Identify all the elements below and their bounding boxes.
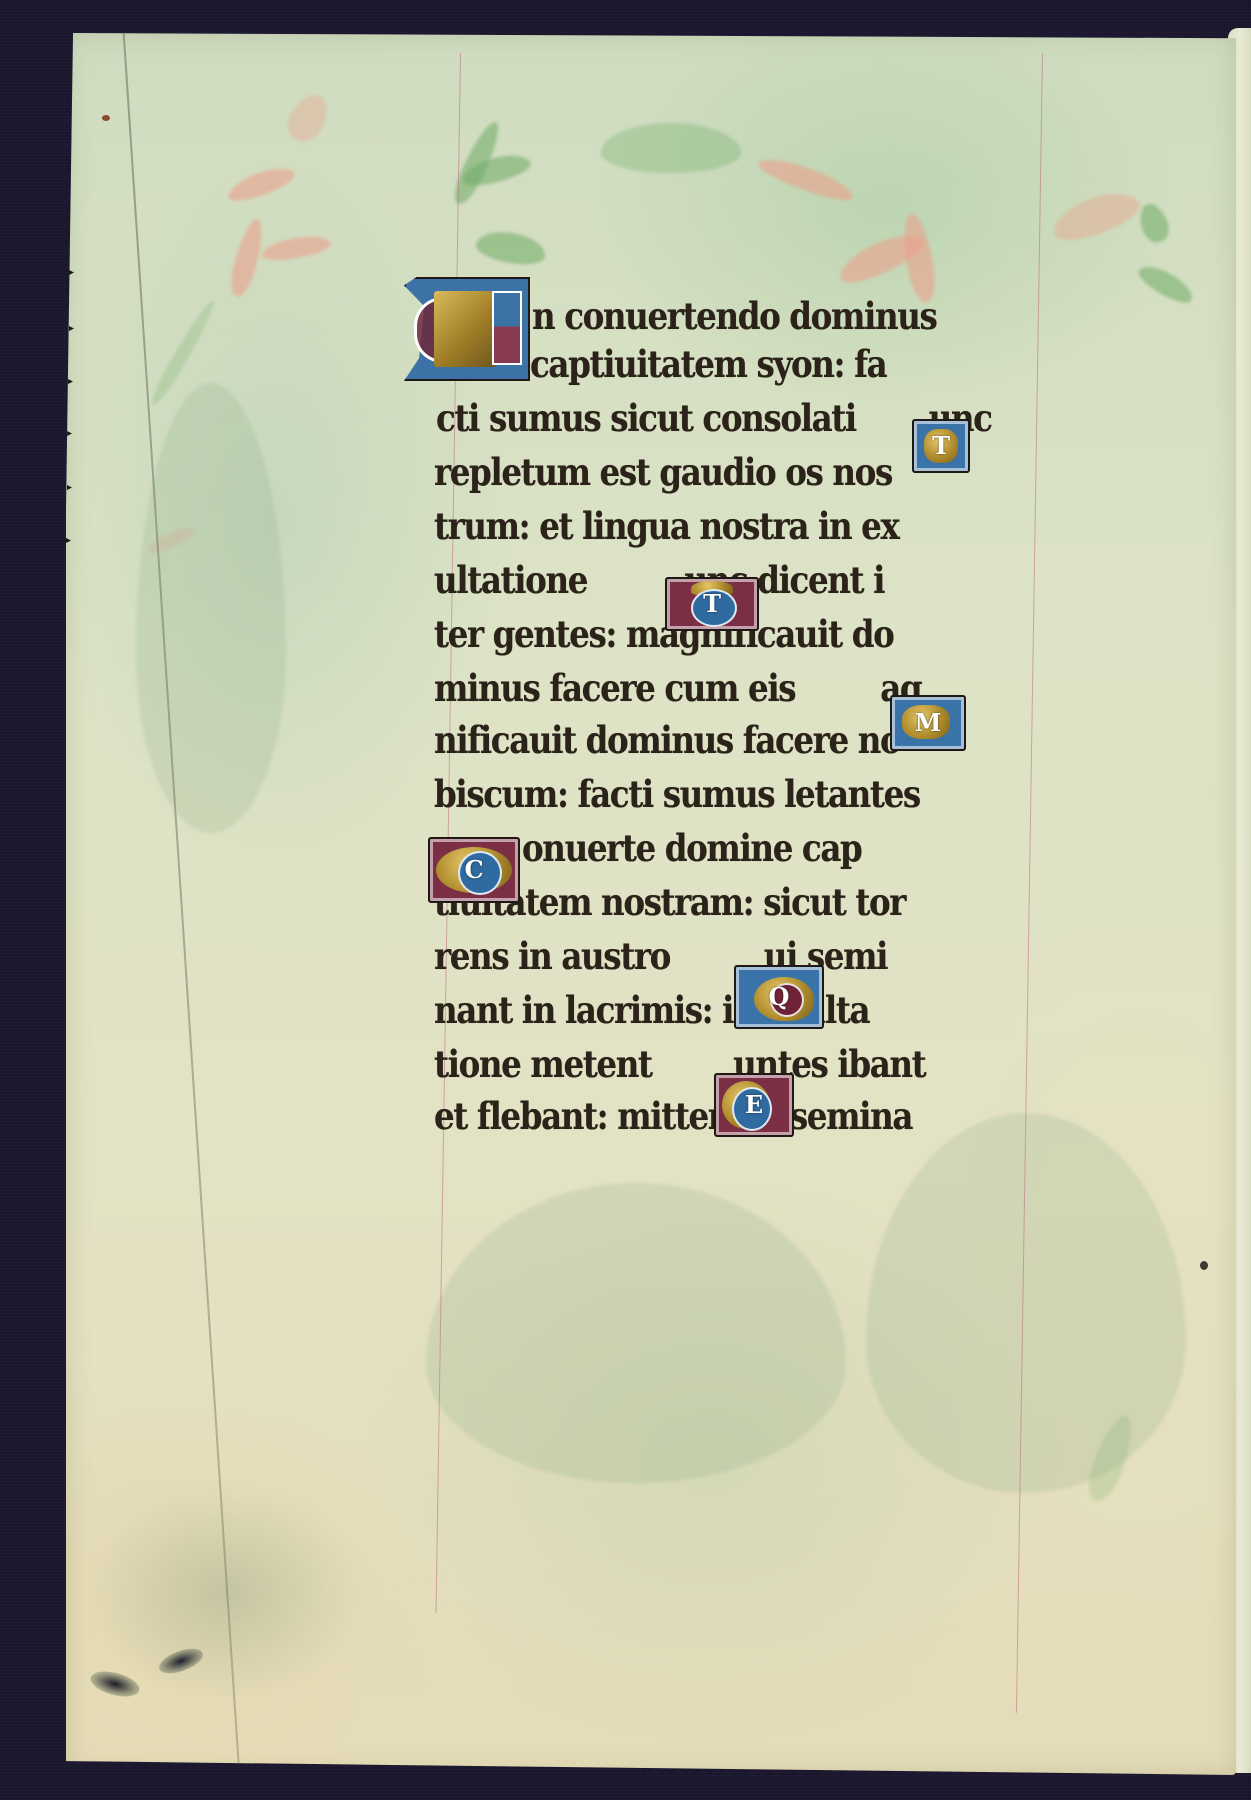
border-acanthus-pink (226, 217, 268, 300)
border-leaf-green (1135, 200, 1173, 246)
text-line-10: biscum: facti sumus letantes (434, 772, 920, 816)
border-leaf-green (601, 123, 741, 173)
border-leaf-green (474, 227, 548, 269)
border-faded-scroll (426, 1183, 846, 1483)
illuminated-initial-T: T (912, 419, 970, 473)
pricking-mark (69, 270, 74, 275)
text-line-7: ter gentes: magnificauit do (434, 612, 893, 656)
text-line-5: trum: et lingua nostra in ex (434, 504, 898, 548)
text-line-4: repletum est gaudio os nos (434, 450, 892, 494)
text-line-6: ultatione unc dicent i (434, 558, 884, 602)
illuminated-initial-M: M (890, 695, 966, 751)
text-line-16: et flebant: mittentes semina (434, 1094, 912, 1138)
border-faded-scroll (866, 1113, 1186, 1493)
initial-panel (492, 291, 522, 365)
border-acanthus-pink (260, 232, 332, 264)
text-line-2: captiuitatem syon: fa (530, 342, 886, 386)
pricking-mark (67, 485, 72, 490)
text-line-1: n conuertendo dominus (532, 294, 936, 338)
illuminated-initial-C: C (428, 837, 520, 903)
pricking-mark (66, 538, 71, 543)
pricking-mark (67, 431, 72, 436)
illuminated-initial-T: T (665, 577, 759, 631)
text-line-9: nificauit dominus facere no (434, 718, 900, 762)
text-line-11: onuerte domine cap (522, 826, 861, 870)
border-acanthus-pink (1048, 184, 1145, 249)
border-acanthus-pink (755, 152, 856, 207)
illuminated-initial-I (404, 277, 530, 381)
border-acanthus-pink (281, 88, 335, 148)
text-line-15: tione metent untes ibant (434, 1042, 925, 1086)
stain-spot (102, 115, 110, 121)
pricking-mark (68, 379, 73, 384)
border-leaf-green (1135, 259, 1198, 308)
stain-mildew (86, 1483, 366, 1703)
border-acanthus-pink (224, 162, 297, 207)
initial-gold-shaft (434, 291, 496, 367)
stain-spot (1200, 1261, 1208, 1270)
text-line-8: minus facere cum eis ag (434, 666, 921, 710)
text-line-3: cti sumus sicut consolati unc (436, 396, 992, 440)
illuminated-initial-E: E (714, 1073, 794, 1137)
pricking-mark (69, 326, 74, 331)
illuminated-initial-Q: Q (734, 965, 824, 1029)
border-faded-scroll (136, 383, 286, 833)
